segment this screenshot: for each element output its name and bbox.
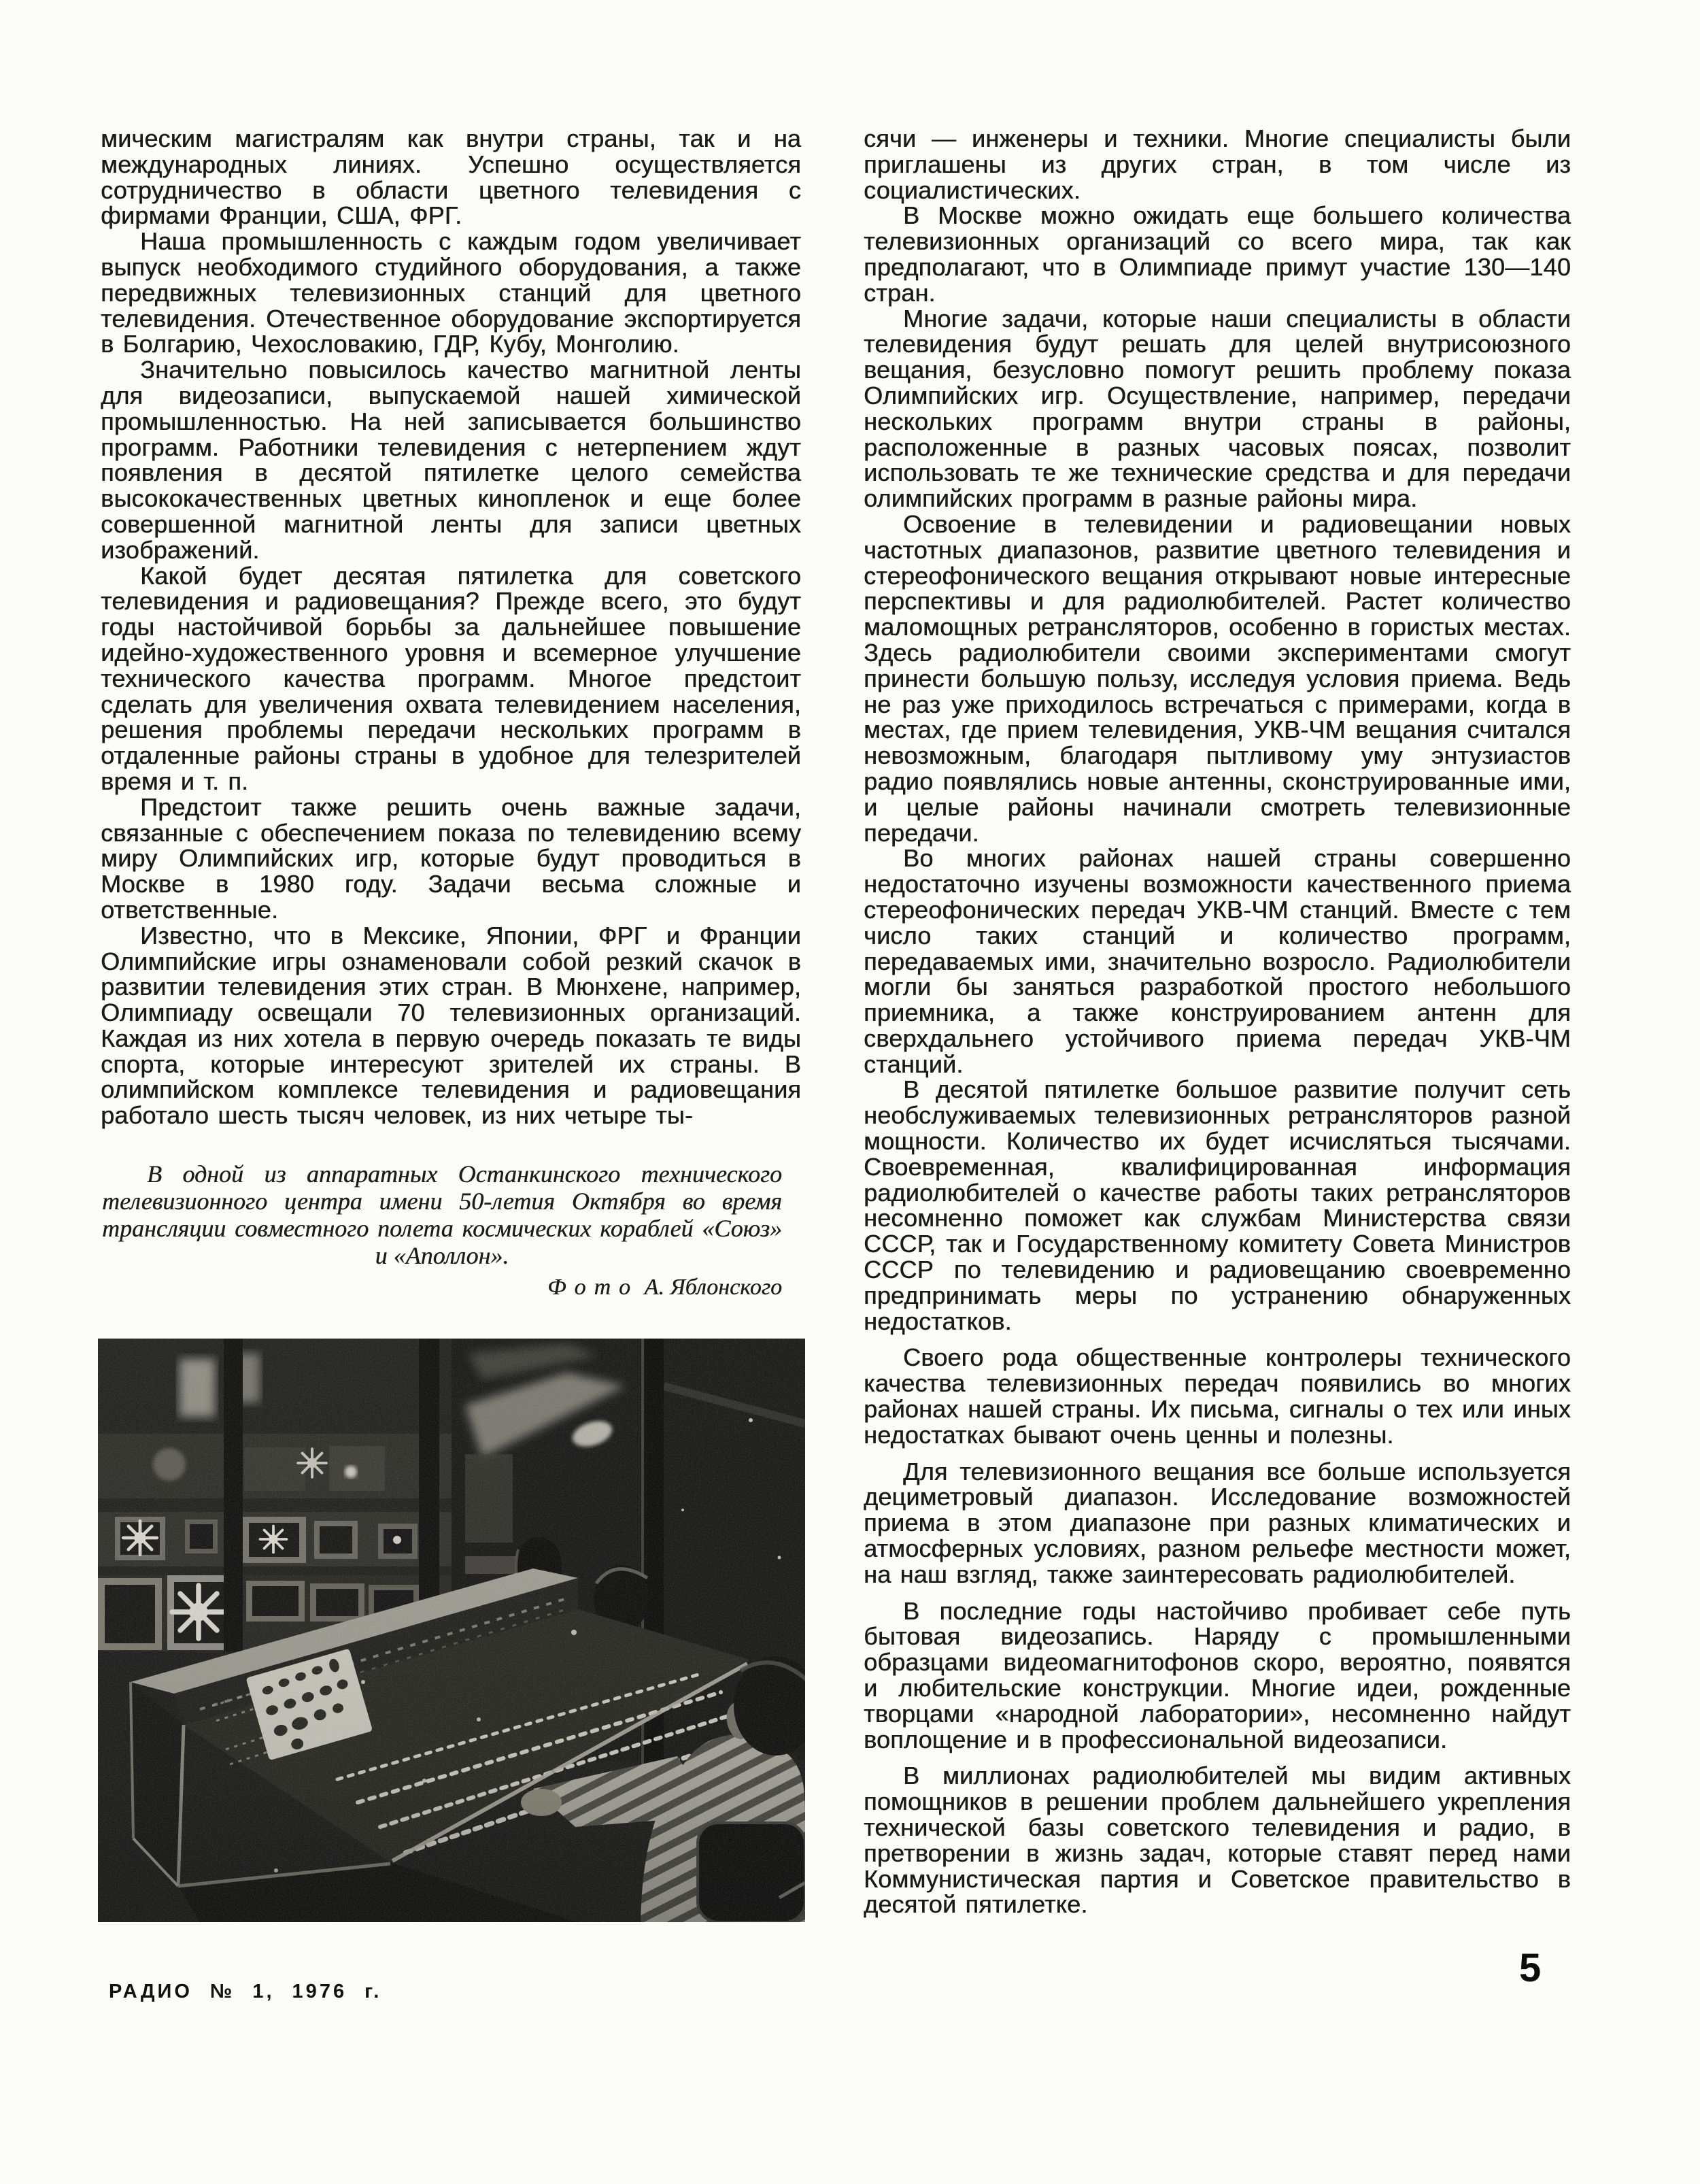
paragraph: В последние годы настойчиво пробивает се… — [864, 1598, 1571, 1753]
paragraph: Для телевизионного вещания все больше ис… — [864, 1459, 1571, 1587]
paragraph: В Москве можно ожидать еще большего коли… — [864, 203, 1571, 305]
journal-footer: РАДИО № 1, 1976 г. — [109, 1981, 381, 2003]
paragraph: Освоение в телевидении и радиовещании но… — [864, 511, 1571, 845]
right-column: сячи — инженеры и техники. Многие специа… — [864, 126, 1571, 1917]
paragraph: Многие задачи, которые наши специалисты … — [864, 306, 1571, 511]
paragraph: Значительно повысилось качество магнитно… — [101, 357, 801, 562]
photo-credit: Фото А. Яблонского — [102, 1275, 782, 1300]
paragraph: Известно, что в Мексике, Японии, ФРГ и Ф… — [101, 923, 801, 1128]
paragraph: Своего рода общественные контролеры техн… — [864, 1345, 1571, 1447]
paragraph: сячи — инженеры и техники. Многие специа… — [864, 126, 1571, 203]
photo-caption: В одной из аппаратных Останкинского техн… — [102, 1160, 782, 1269]
left-column: мическим магистралям как внутри страны, … — [101, 126, 801, 1128]
paragraph: В десятой пятилетке большое развитие пол… — [864, 1077, 1571, 1334]
paragraph: Предстоит также решить очень важные зада… — [101, 794, 801, 923]
photo-credit-name: А. Яблонского — [645, 1275, 782, 1300]
page-number: 5 — [1519, 1945, 1541, 1991]
film-grain — [98, 1339, 805, 1922]
paragraph: В миллионах радиолюбителей мы видим акти… — [864, 1763, 1571, 1917]
paragraph: мическим магистралям как внутри страны, … — [101, 126, 801, 229]
photo-credit-prefix: Фото — [547, 1275, 639, 1300]
paragraph: Какой будет десятая пятилетка для советс… — [101, 563, 801, 794]
paragraph: Наша промышленность с каждым годом увели… — [101, 229, 801, 357]
control-room-photo — [98, 1339, 805, 1922]
paragraph: Во многих районах нашей страны совершенн… — [864, 845, 1571, 1077]
magazine-page: мическим магистралям как внутри страны, … — [0, 0, 1700, 2184]
